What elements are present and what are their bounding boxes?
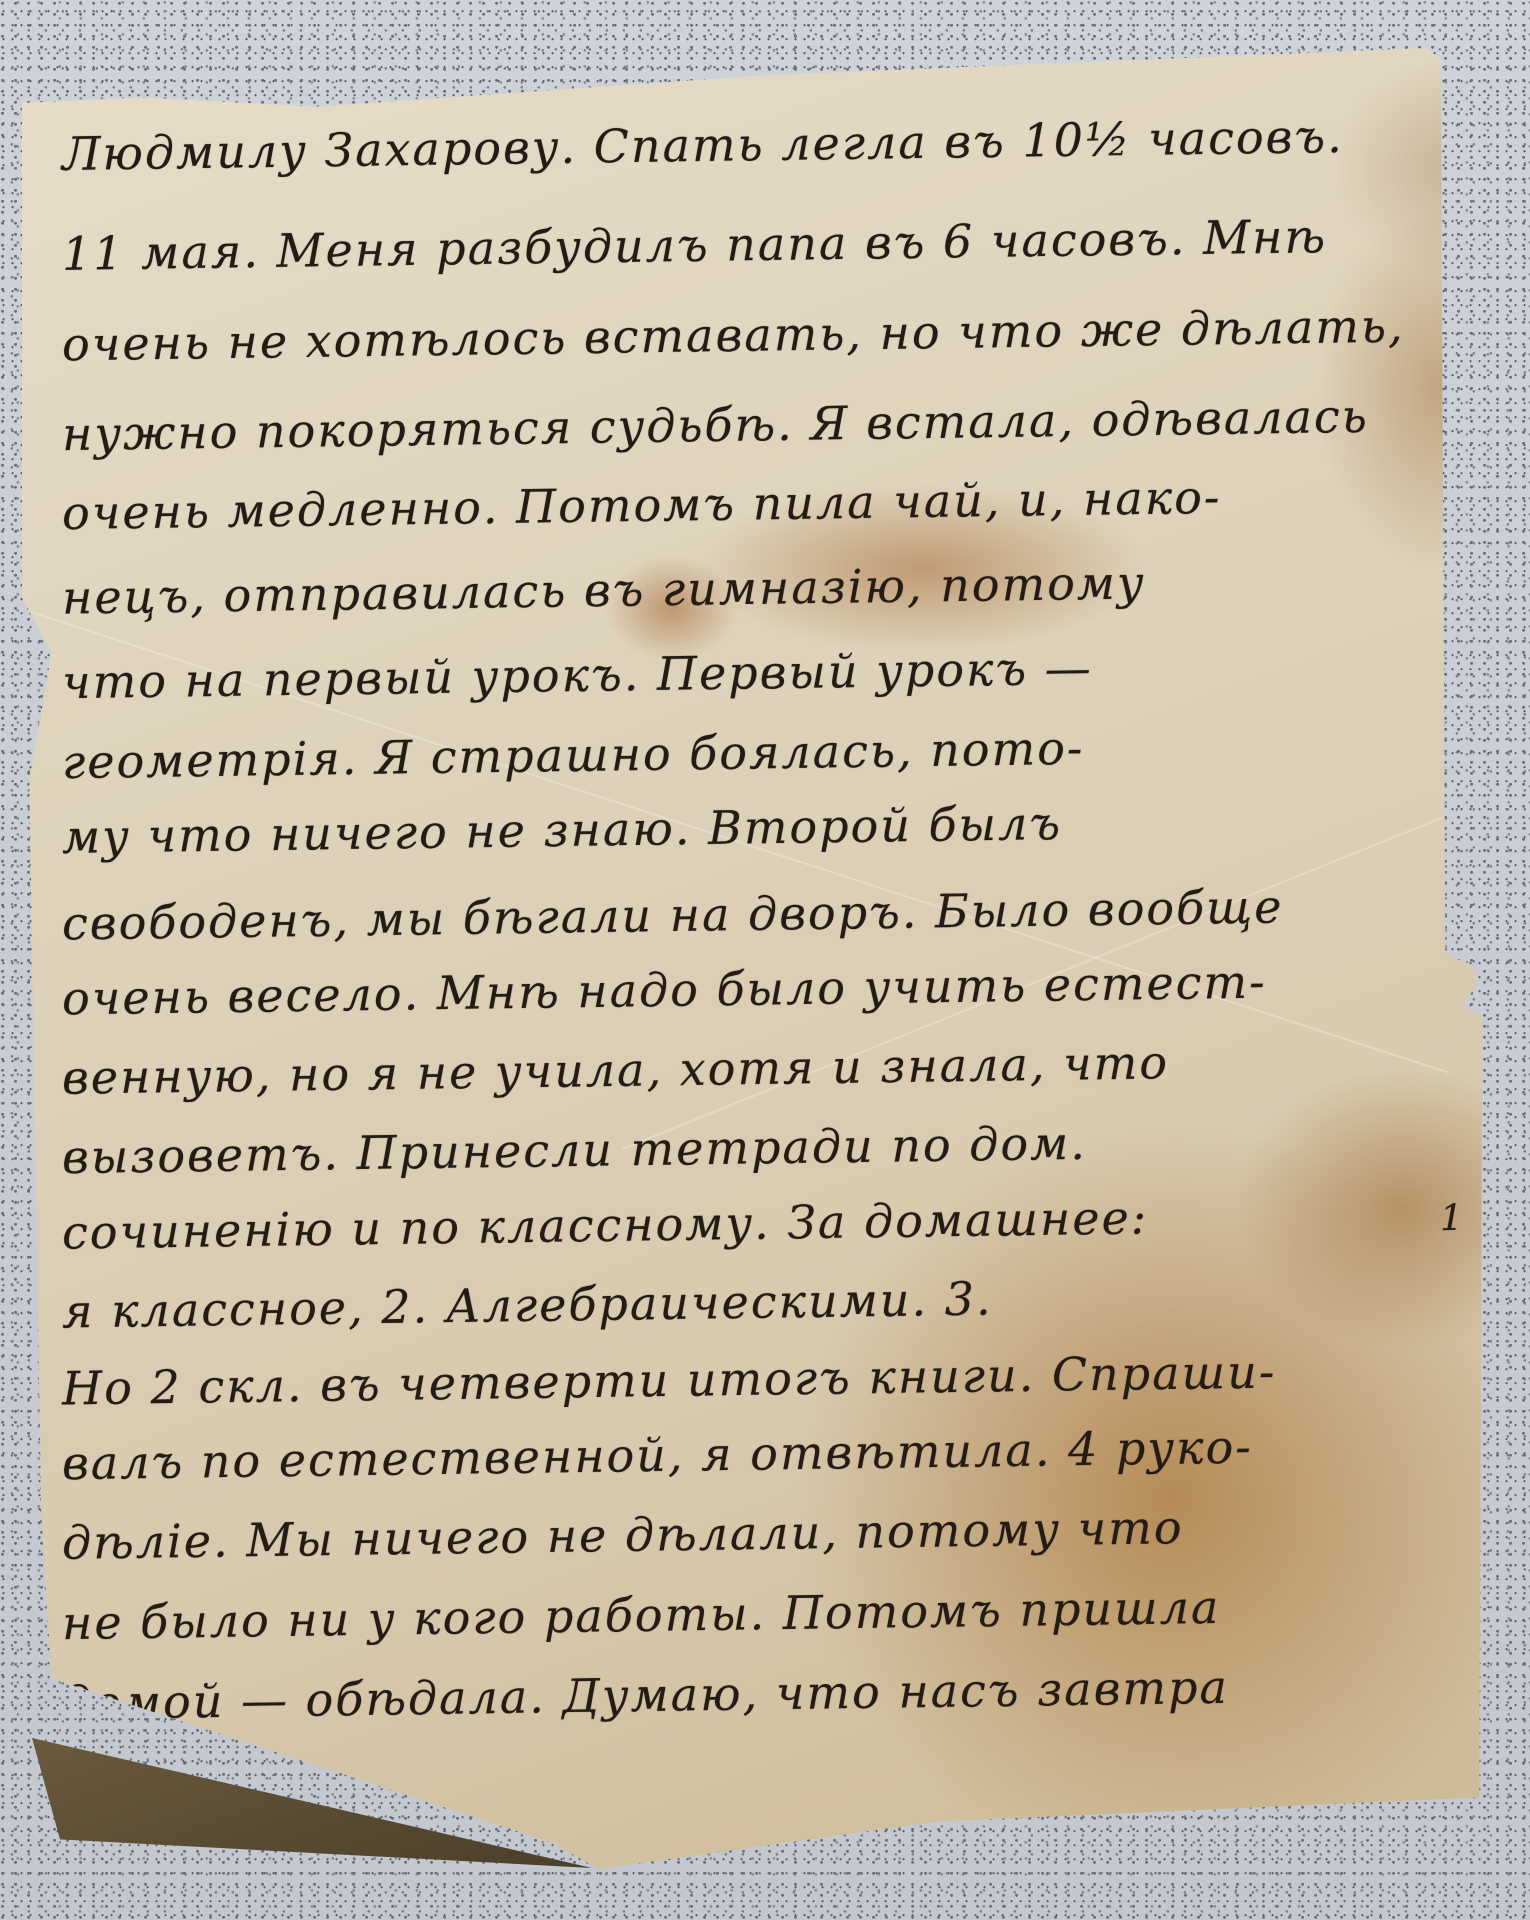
text-line: что на первый урокъ. Первый урокъ — [62, 641, 1093, 709]
text-line: нужно покоряться судьбѣ. Я встала, одѣва… [62, 389, 1369, 461]
text-line: очень весело. Мнѣ надо было учить естест… [62, 955, 1267, 1026]
text-line: венную, но я не учила, хотя и знала, что [62, 1035, 1170, 1104]
text-line: сочиненію и по классному. За домашнее: [62, 1190, 1149, 1259]
text-line: Но 2 скл. въ четверти итогъ книги. Спраш… [62, 1345, 1277, 1416]
text-line: дѣліе. Мы ничего не дѣлали, потому что [62, 1500, 1184, 1570]
text-line: Людмилу Захарову. Спать легла въ 10½ час… [62, 109, 1344, 181]
text-line: вызоветъ. Принесли тетради по дом. [62, 1116, 1087, 1184]
diary-page: Людмилу Захарову. Спать легла въ 10½ час… [22, 48, 1500, 1880]
text-line: я классное, 2. Алгебраическими. 3. [62, 1272, 993, 1339]
text-line: му что ничего не знаю. Второй былъ [62, 796, 1063, 864]
margin-mark: 1 [1440, 1198, 1465, 1239]
text-line: 11 мая. Меня разбудилъ папа въ 6 часовъ.… [62, 209, 1328, 281]
text-line: валъ по естественной, я отвѣтила. 4 руко… [62, 1420, 1253, 1491]
text-line: не было ни у кого работы. Потомъ пришла [62, 1580, 1221, 1650]
text-line: геометрія. Я страшно боялась, пото- [62, 721, 1085, 789]
text-line: домой — обѣдала. Думаю, что насъ завтра [62, 1660, 1230, 1730]
text-line: свободенъ, мы бѣгали на дворъ. Было вооб… [62, 879, 1284, 950]
text-line: очень медленно. Потомъ пила чай, и, нако… [62, 470, 1222, 540]
handwritten-text: Людмилу Захарову. Спать легла въ 10½ час… [22, 48, 1500, 1880]
text-line: нецъ, отправилась въ гимназію, потому [62, 555, 1146, 624]
text-line: очень не хотѣлось вставать, но что же дѣ… [62, 299, 1405, 372]
